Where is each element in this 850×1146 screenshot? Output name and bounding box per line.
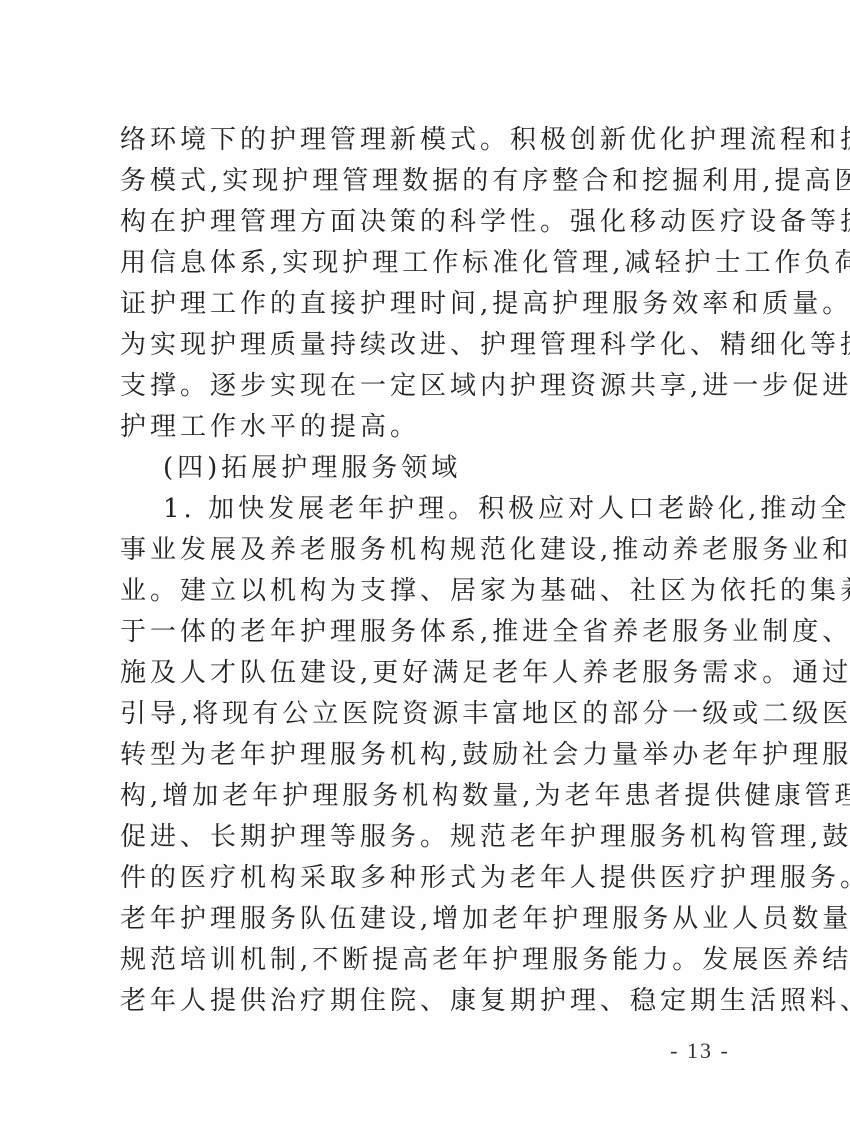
section-heading: (四)拓展护理服务领域 <box>120 448 732 489</box>
document-page: 络环境下的护理管理新模式。积极创新优化护理流程和护理服 务模式,实现护理管理数据… <box>0 0 850 1146</box>
text-line: 老年人提供治疗期住院、康复期护理、稳定期生活照料、安宁疗护 <box>120 981 732 1022</box>
text-line: 施及人才队伍建设,更好满足老年人养老服务需求。通过鼓励和 <box>120 653 732 694</box>
text-line: 促进、长期护理等服务。规范老年护理服务机构管理,鼓励有条 <box>120 817 732 858</box>
body-text: 络环境下的护理管理新模式。积极创新优化护理流程和护理服 务模式,实现护理管理数据… <box>120 120 732 1022</box>
text-line: 支撑。逐步实现在一定区域内护理资源共享,进一步促进地区间 <box>120 366 732 407</box>
text-line: 为实现护理质量持续改进、护理管理科学化、精细化等提供技术 <box>120 325 732 366</box>
text-line: 事业发展及养老服务机构规范化建设,推动养老服务业和老龄产 <box>120 530 732 571</box>
text-line: 构在护理管理方面决策的科学性。强化移动医疗设备等护理应 <box>120 202 732 243</box>
text-line: 络环境下的护理管理新模式。积极创新优化护理流程和护理服 <box>120 120 732 161</box>
text-line: 件的医疗机构采取多种形式为老年人提供医疗护理服务。加强 <box>120 858 732 899</box>
text-line: 护理工作水平的提高。 <box>120 407 732 448</box>
text-line: 构,增加老年护理服务机构数量,为老年患者提供健康管理、康复 <box>120 776 732 817</box>
text-line: 引导,将现有公立医院资源丰富地区的部分一级或二级医疗机构 <box>120 694 732 735</box>
text-line: 用信息体系,实现护理工作标准化管理,减轻护士工作负荷。保 <box>120 243 732 284</box>
text-line: 老年护理服务队伍建设,增加老年护理服务从业人员数量,建立 <box>120 899 732 940</box>
text-line: 1. 加快发展老年护理。积极应对人口老龄化,推动全省老龄 <box>120 489 732 530</box>
text-line: 证护理工作的直接护理时间,提高护理服务效率和质量。同时, <box>120 284 732 325</box>
text-line: 务模式,实现护理管理数据的有序整合和挖掘利用,提高医疗机 <box>120 161 732 202</box>
text-line: 业。建立以机构为支撑、居家为基础、社区为依托的集养、护、医 <box>120 571 732 612</box>
text-line: 规范培训机制,不断提高老年护理服务能力。发展医养结合,为 <box>120 940 732 981</box>
text-line: 于一体的老年护理服务体系,推进全省养老服务业制度、标准、设 <box>120 612 732 653</box>
text-line: 转型为老年护理服务机构,鼓励社会力量举办老年护理服务机 <box>120 735 732 776</box>
page-number: - 13 - <box>660 1038 740 1064</box>
